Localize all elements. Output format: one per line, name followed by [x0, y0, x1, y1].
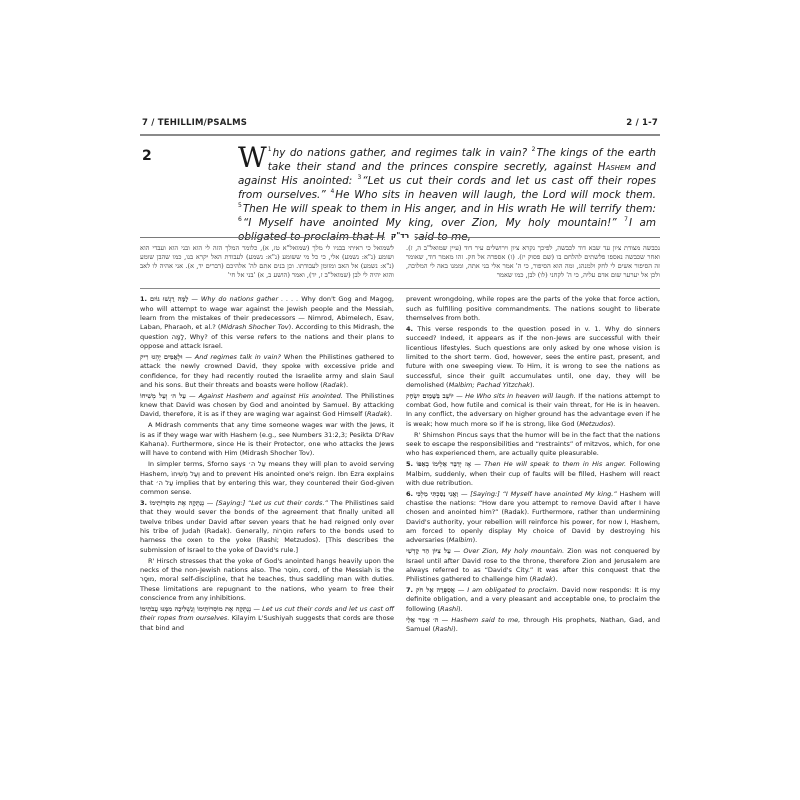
source-citation: Rashi	[440, 605, 458, 613]
lemma-gloss: Over Zion, My holy mountain.	[463, 547, 564, 555]
english-commentary: 1. לָמָּה רָגְשׁוּ גוֹיִם — Why do natio…	[140, 295, 660, 636]
header-rule	[140, 134, 660, 136]
comment-text-tail: ).	[453, 625, 458, 633]
hebrew-lemma: וּלְאֻמִּים יֶהְגּוּ רִיק	[140, 353, 183, 361]
commentary-paragraph: וּלְאֻמִּים יֶהְגּוּ רִיק — And regimes …	[140, 353, 394, 390]
comment-text: R' Shimshon Pincus says that the humor w…	[406, 431, 660, 458]
lemma-gloss: Why do nations gather . . . .	[201, 295, 298, 303]
comment-text-tail: ).	[530, 381, 535, 389]
commentary-rule	[140, 288, 660, 289]
verse-number: 1	[268, 146, 272, 153]
lemma-gloss: [Saying:] “I Myself have anointed My kin…	[470, 490, 616, 498]
commentary-paragraph: 6. וַאֲנִי נָסַכְתִּי מַלְכִּי — [Saying…	[406, 490, 660, 546]
comment-text: In simpler terms, Sforno says עַל ה׳ mea…	[140, 460, 394, 496]
commentary-paragraph: R' Shimshon Pincus says that the humor w…	[406, 431, 660, 459]
source-citation: Malbim	[449, 536, 473, 544]
commentary-paragraph: 3. נְנַתְּקָה אֶת מוֹסְרוֹתֵימוֹ — [Sayi…	[140, 499, 394, 555]
book-page: 7 / TEHILLIM/PSALMS 2 / 1-7 2 1Why do na…	[140, 118, 660, 636]
comment-text: prevent wrongdoing, while ropes are the …	[406, 295, 660, 322]
comment-text-tail: ).	[611, 420, 616, 428]
psalm-number: 2	[142, 148, 152, 164]
commentary-paragraph: 7. אֲסַפְּרָה אֶל חֹק — I am obligated t…	[406, 586, 660, 614]
source-citation: Radak	[323, 381, 344, 389]
verse-number: 3	[357, 174, 361, 181]
verse-6: “I Myself have anointed My king, over Zi…	[243, 217, 617, 229]
comment-text-tail: ).	[473, 536, 478, 544]
commentary-paragraph: נְנַתְּקָה אֶת מוֹסְרוֹתֵימוֹ וְנַשְׁלִי…	[140, 605, 394, 633]
comment-number: 3.	[140, 499, 147, 507]
lemma-gloss: He Who sits in heaven will laugh.	[465, 392, 576, 400]
radak-column-right: נכבשה מצודת ציון עד שבא דוד לכבשה, לפיכך…	[406, 244, 660, 281]
lemma-gloss: Against Hashem and against His anointed.	[199, 392, 343, 400]
verse-number: 5	[238, 202, 242, 209]
comment-text-tail: ).	[343, 381, 348, 389]
verse-number: 6	[238, 216, 242, 223]
commentary-paragraph: 5. אָז יְדַבֵּר אֵלֵימוֹ בְאַפּוֹ — Then…	[406, 460, 660, 488]
commentary-paragraph: A Midrash comments that any time someone…	[140, 421, 394, 458]
source-citation: Radak	[367, 410, 388, 418]
source-citation: Midrash Shocher Tov	[220, 323, 288, 331]
hebrew-lemma: וַאֲנִי נָסַכְתִּי מַלְכִּי	[416, 490, 458, 498]
comment-number: 1.	[140, 295, 147, 303]
lemma-gloss: I am obligated to proclaim.	[467, 586, 558, 594]
hebrew-lemma: לָמָּה רָגְשׁוּ גוֹיִם	[150, 295, 188, 303]
comment-text: A Midrash comments that any time someone…	[140, 421, 394, 457]
commentary-paragraph: 1. לָמָּה רָגְשׁוּ גוֹיִם — Why do natio…	[140, 295, 394, 351]
lemma-gloss: Hashem said to me,	[451, 616, 520, 624]
hebrew-lemma: יוֹשֵׁב בַּשָּׁמַיִם יִשְׂחָק	[406, 392, 454, 400]
hebrew-lemma: נְנַתְּקָה אֶת מוֹסְרוֹתֵימוֹ וְנַשְׁלִי…	[140, 605, 251, 613]
comment-text-tail: ).	[458, 605, 463, 613]
lemma-gloss: And regimes talk in vain?	[195, 353, 281, 361]
comment-text: The Philistines said that they would sev…	[140, 499, 394, 554]
comment-text: This verse responds to the question pose…	[406, 325, 660, 389]
drop-cap: W	[238, 146, 267, 170]
comment-text-tail: ).	[388, 410, 393, 418]
radak-heading: רד"ק	[140, 232, 660, 242]
hebrew-lemma: נְנַתְּקָה אֶת מוֹסְרוֹתֵימוֹ	[150, 499, 205, 507]
source-citation: Radak	[532, 575, 553, 583]
lemma-gloss: Then He will speak to them in His anger.	[484, 460, 626, 468]
source-citation: Rashi	[435, 625, 453, 633]
verse-4: He Who sits in heaven will laugh, the Lo…	[335, 189, 656, 201]
running-head-right: 2 / 1-7	[626, 118, 658, 128]
psalm-block: 2 1Why do nations gather, and regimes ta…	[140, 146, 660, 218]
comment-number: 5.	[406, 460, 413, 468]
comment-text: R' Hirsch stresses that the yoke of God'…	[140, 557, 394, 602]
radak-label: רד"ק	[385, 231, 415, 240]
commentary-paragraph: In simpler terms, Sforno says עַל ה׳ mea…	[140, 460, 394, 497]
comment-number: 6.	[406, 490, 413, 498]
hebrew-lemma: אֲסַפְּרָה אֶל חֹק	[416, 586, 455, 594]
hebrew-lemma: עַל ה׳ וְעַל מְשִׁיחוֹ	[140, 392, 186, 400]
commentary-paragraph: ה׳ אָמַר אֵלַי — Hashem said to me, thro…	[406, 616, 660, 635]
verse-number: 2	[532, 146, 536, 153]
hashem-smallcaps: Hashem	[598, 161, 631, 173]
commentary-column-left: 1. לָמָּה רָגְשׁוּ גוֹיִם — Why do natio…	[140, 295, 394, 636]
radak-commentary: לשמואל כי ראיתי בבניו לי מלך (שמואל"א טז…	[140, 244, 660, 281]
verse-number: 4	[330, 188, 334, 195]
source-citation: Malbim; Pachad Yitzchak	[449, 381, 530, 389]
commentary-paragraph: עַל צִיּוֹן הַר קָדְשִׁי — Over Zion, My…	[406, 547, 660, 584]
commentary-column-right: prevent wrongdoing, while ropes are the …	[406, 295, 660, 636]
commentary-paragraph: יוֹשֵׁב בַּשָּׁמַיִם יִשְׂחָק — He Who s…	[406, 392, 660, 429]
comment-text-tail: ).	[553, 575, 558, 583]
comment-number: 4.	[406, 325, 413, 333]
verse-5: Then He will speak to them in His anger,…	[243, 203, 656, 215]
commentary-paragraph: עַל ה׳ וְעַל מְשִׁיחוֹ — Against Hashem …	[140, 392, 394, 420]
verse-number: 7	[624, 216, 628, 223]
commentary-paragraph: prevent wrongdoing, while ropes are the …	[406, 295, 660, 323]
verse-1: hy do nations gather, and regimes talk i…	[273, 147, 528, 159]
lemma-gloss: [Saying:] “Let us cut their cords.”	[216, 499, 328, 507]
hebrew-lemma: אָז יְדַבֵּר אֵלֵימוֹ בְאַפּוֹ	[416, 460, 471, 468]
running-head-left: 7 / TEHILLIM/PSALMS	[142, 118, 247, 128]
radak-column-left: לשמואל כי ראיתי בבניו לי מלך (שמואל"א טז…	[140, 244, 394, 281]
hebrew-lemma: עַל צִיּוֹן הַר קָדְשִׁי	[406, 547, 451, 555]
source-citation: Metzudos	[579, 420, 610, 428]
commentary-paragraph: R' Hirsch stresses that the yoke of God'…	[140, 557, 394, 604]
hebrew-lemma: ה׳ אָמַר אֵלַי	[406, 616, 438, 624]
comment-number: 7.	[406, 586, 413, 594]
running-head: 7 / TEHILLIM/PSALMS 2 / 1-7	[140, 118, 660, 130]
commentary-paragraph: 4. This verse responds to the question p…	[406, 325, 660, 390]
translation-text: 1Why do nations gather, and regimes talk…	[238, 146, 656, 244]
